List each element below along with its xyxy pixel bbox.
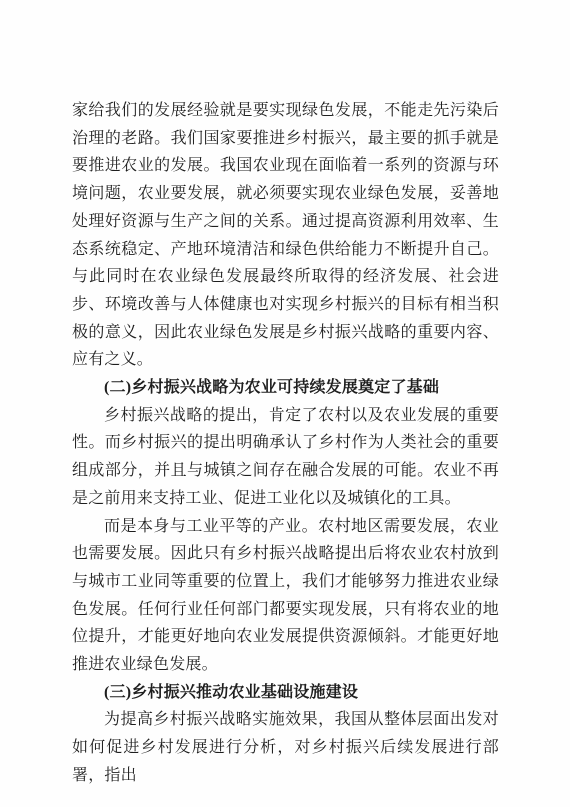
paragraph-strategy-foundation: 乡村振兴战略的提出，肯定了农村以及农业发展的重要性。而乡村振兴的提出明确承认了乡… bbox=[72, 402, 499, 513]
paragraph-industry-equality: 而是本身与工业平等的产业。农村地区需要发展，农业也需要发展。因此只有乡村振兴战略… bbox=[72, 513, 499, 679]
heading-section-3: (三)乡村振兴推动农业基础设施建设 bbox=[72, 679, 499, 707]
paragraph-infrastructure: 为提高乡村振兴战略实施效果，我国从整体层面出发对如何促进乡村发展进行分析，对乡村… bbox=[72, 706, 499, 789]
heading-section-2: (二)乡村振兴战略为农业可持续发展奠定了基础 bbox=[72, 374, 499, 402]
paragraph-green-development-continuation: 家给我们的发展经验就是要实现绿色发展，不能走先污染后治理的老路。我们国家要推进乡… bbox=[72, 97, 499, 374]
document-page: 家给我们的发展经验就是要实现绿色发展，不能走先污染后治理的老路。我们国家要推进乡… bbox=[0, 0, 570, 807]
text-block: 家给我们的发展经验就是要实现绿色发展，不能走先污染后治理的老路。我们国家要推进乡… bbox=[72, 97, 499, 790]
